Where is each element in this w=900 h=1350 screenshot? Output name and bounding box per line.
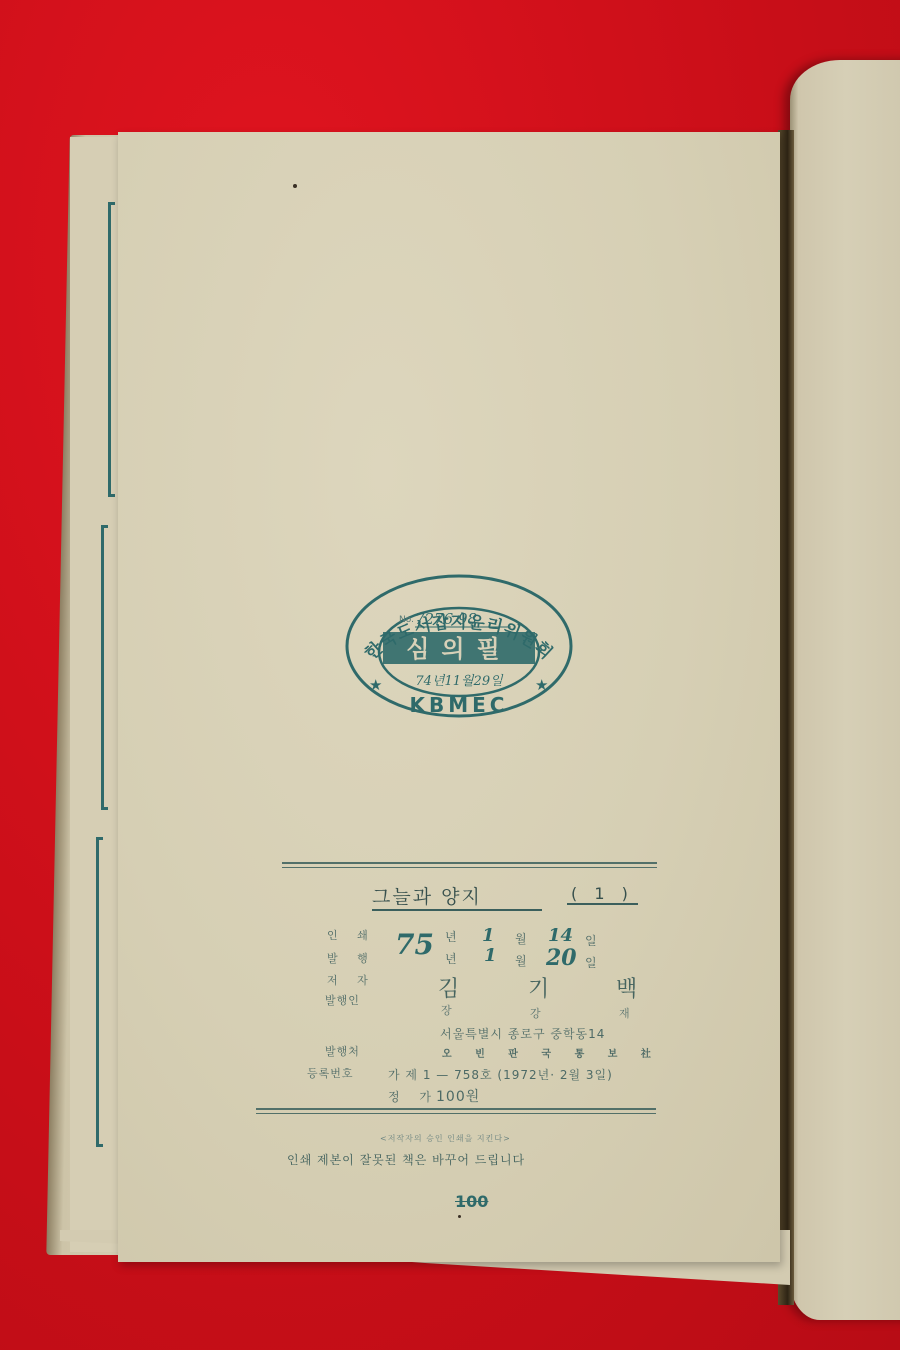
book-gutter-shadow (778, 130, 794, 1305)
bottom-rule (256, 1108, 656, 1110)
stamp-serial-number: 7276 98 (415, 610, 477, 628)
print-month: 1 (482, 925, 495, 946)
stamp-bottom-text: KBMEC (410, 693, 509, 717)
author-name-char: 김 (438, 972, 459, 1003)
stub-rule-line (101, 525, 104, 810)
publisher-name-char: 재 (619, 1005, 630, 1021)
print-day-unit: 일 (585, 932, 597, 949)
publisher-person-label: 발행인 (325, 992, 360, 1008)
publish-year-unit: 년 (445, 950, 457, 967)
publish-month-unit: 월 (515, 952, 527, 969)
star-icon: ★ (535, 676, 548, 694)
page-number: 100 (455, 1192, 488, 1211)
registration-value: 가 제 1 — 758호 (1972년· 2월 3일) (388, 1066, 613, 1083)
author-name-char: 기 (528, 972, 549, 1003)
print-label: 인 쇄 (327, 927, 376, 943)
publisher-label: 발행처 (325, 1043, 360, 1059)
publisher-name: 오 빈 판 국 통 보 社 (442, 1045, 661, 1060)
publish-label: 발 행 (327, 950, 376, 966)
stamp-serial-prefix: No. (399, 615, 414, 625)
publish-day-unit: 일 (585, 954, 597, 971)
top-rule (282, 862, 657, 864)
stub-rule-line (108, 202, 111, 497)
price-value: 100원 (436, 1086, 480, 1106)
print-month-unit: 월 (515, 930, 527, 947)
star-icon: ★ (369, 676, 382, 694)
price-label: 정 가 (388, 1088, 439, 1105)
volume-number: ( 1 ) (567, 884, 638, 905)
print-year: 75 (395, 928, 434, 961)
author-label: 저 자 (327, 972, 376, 988)
top-rule-thin (282, 867, 657, 868)
print-day: 14 (548, 925, 573, 946)
paper-speck (458, 1215, 461, 1218)
publish-month: 1 (484, 945, 497, 966)
stamp-date: 74년11월29일 (415, 673, 504, 689)
bottom-rule-thin (256, 1113, 656, 1114)
registration-label: 등록번호 (307, 1065, 354, 1081)
publisher-name-char: 장 (441, 1002, 452, 1018)
publisher-address: 서울특별시 종로구 중학동14 (440, 1025, 605, 1042)
publish-day: 20 (546, 945, 577, 971)
publisher-name-char: 강 (530, 1005, 541, 1021)
next-page-leaf (790, 60, 900, 1320)
stub-rule-line (96, 837, 99, 1147)
approval-stamp: 한국도서잡지윤리위원회 No. 7276 98 심의필 74년11월29일 ★ … (343, 572, 575, 720)
copyright-notice: <저작자의 승인 인쇄을 지킨다> (380, 1133, 511, 1144)
paper-speck (293, 184, 297, 188)
stamp-center-text: 심의필 (406, 635, 512, 663)
author-name-char: 백 (616, 972, 637, 1003)
print-year-unit: 년 (445, 928, 457, 945)
replacement-notice: 인쇄 제본이 잘못된 책은 바꾸어 드립니다 (287, 1151, 525, 1168)
book-title: 그늘과 양지 (372, 882, 542, 911)
